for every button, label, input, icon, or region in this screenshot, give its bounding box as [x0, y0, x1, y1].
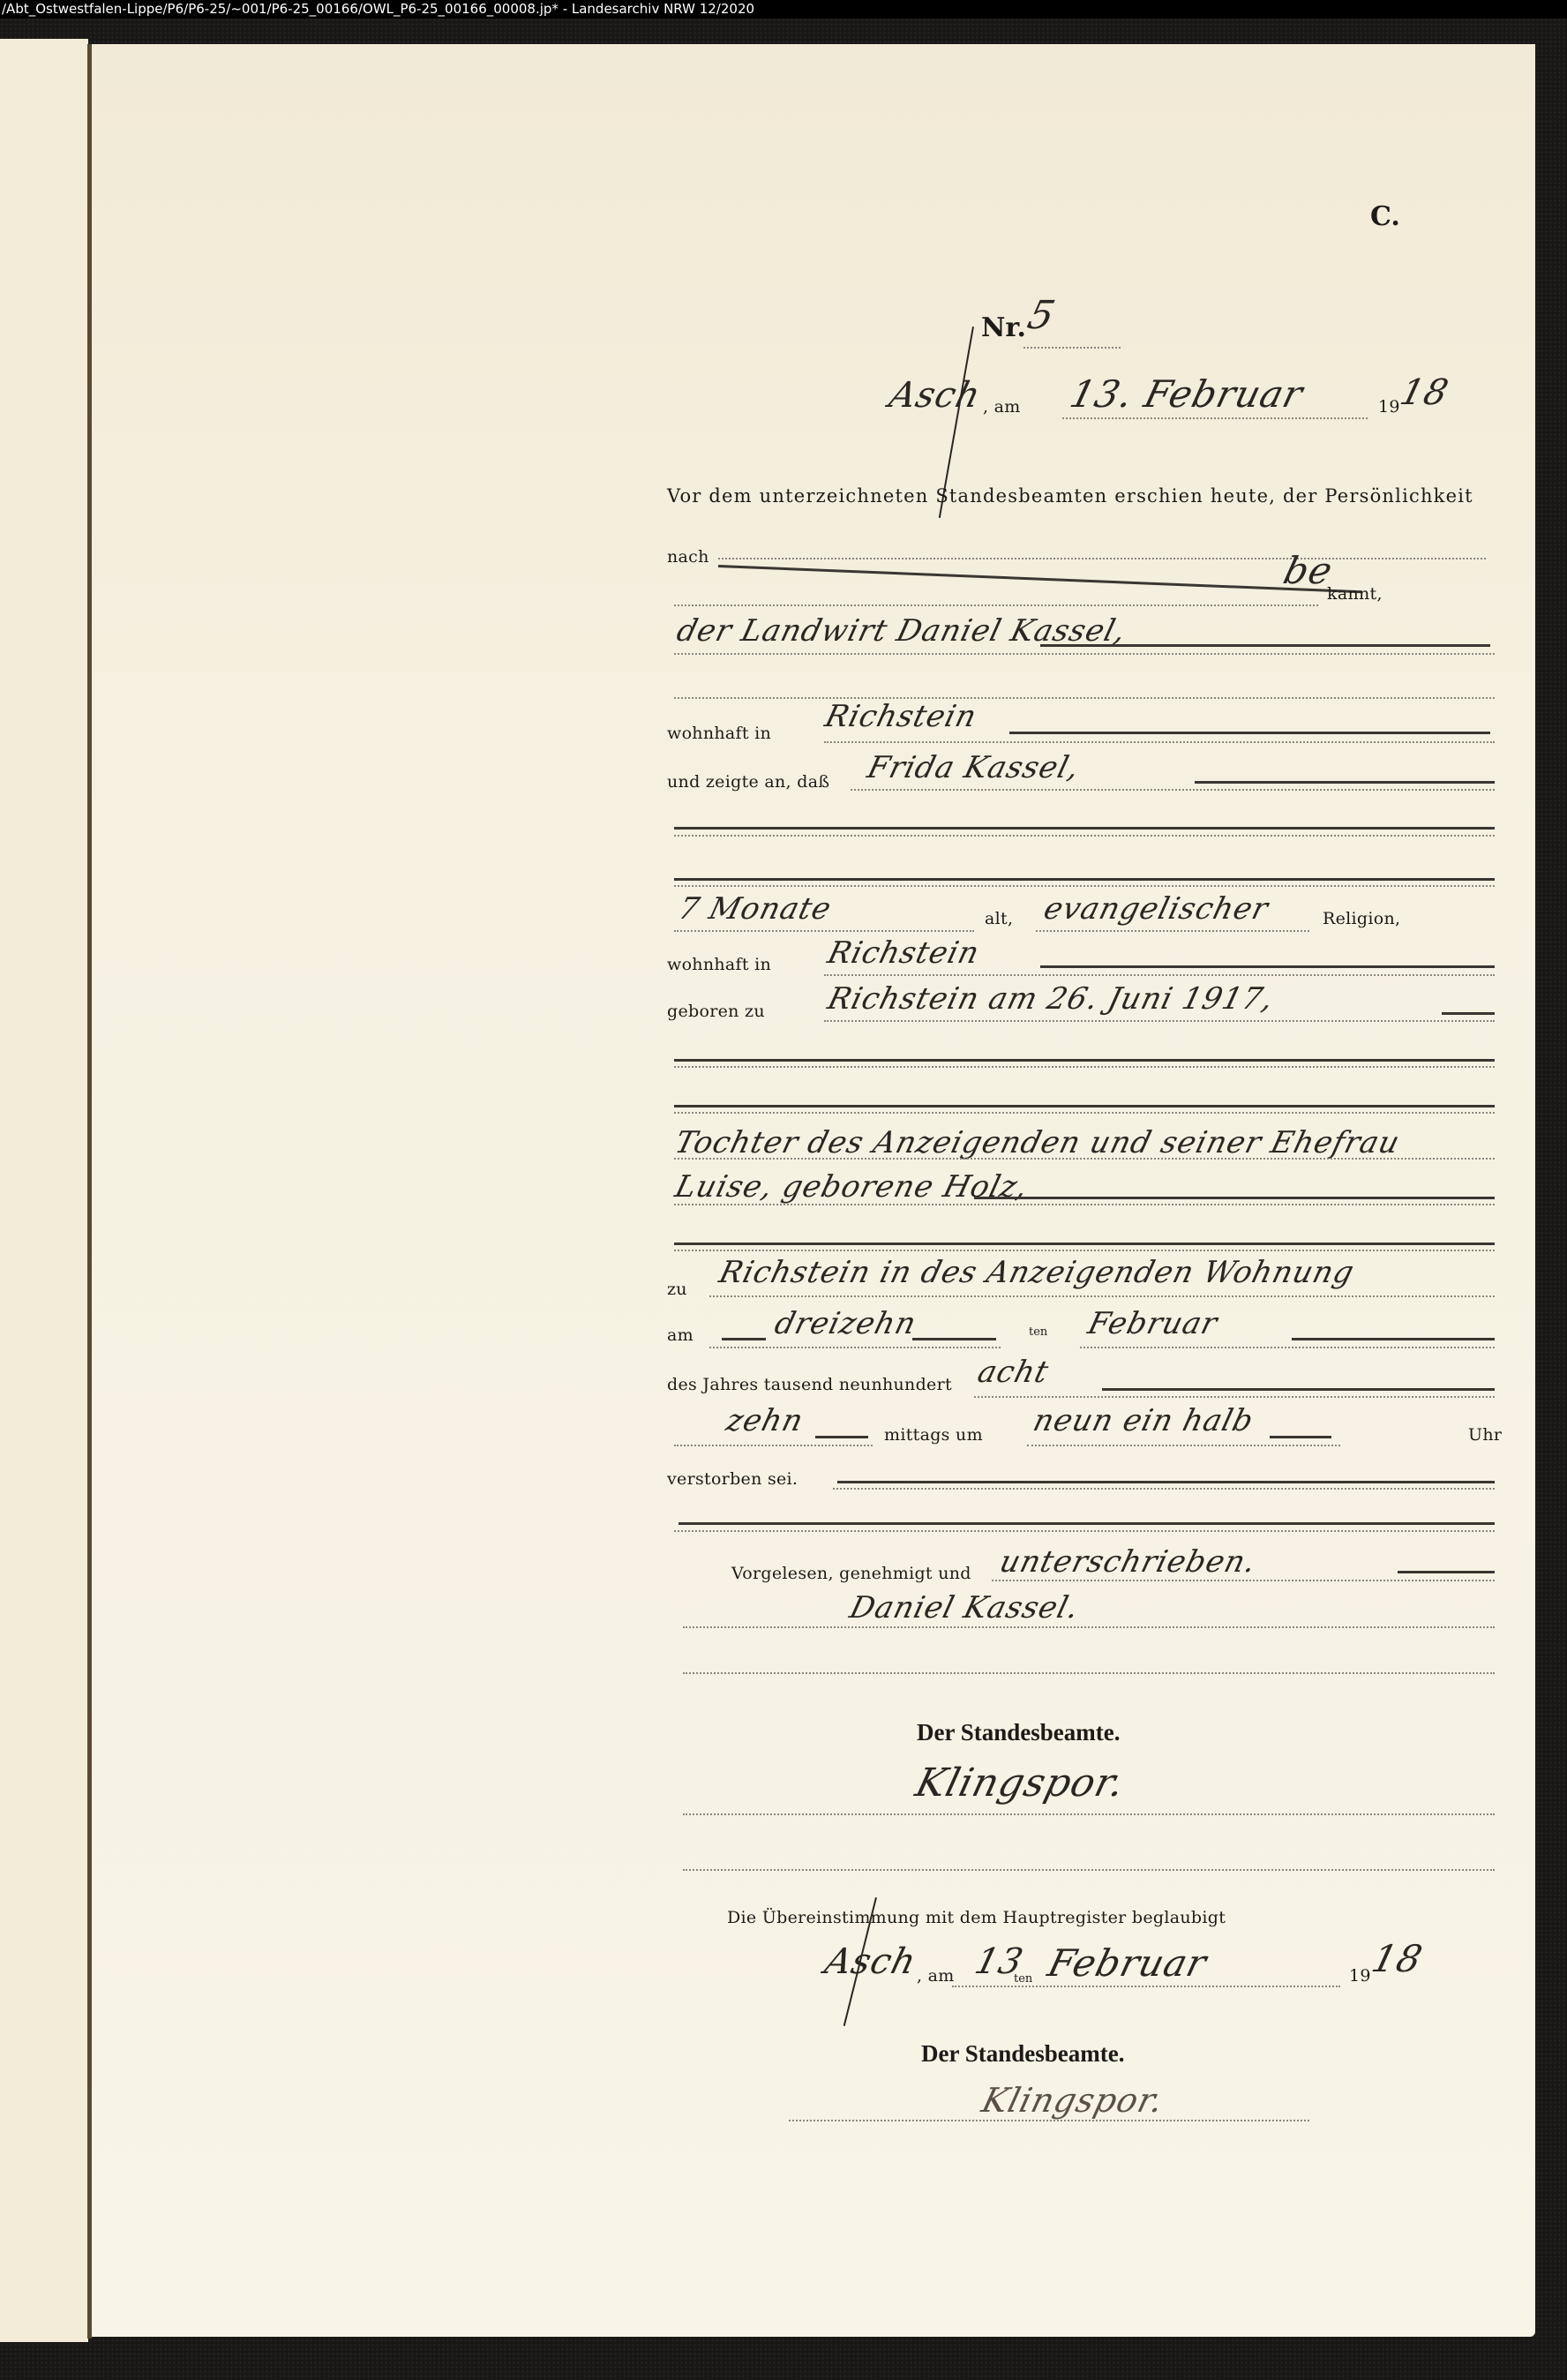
- filler-line: [674, 827, 1495, 830]
- verstorben-label: verstorben sei.: [667, 1469, 798, 1489]
- vorgelesen-label: Vorgelesen, genehmigt und: [731, 1564, 971, 1583]
- alt-label: alt,: [985, 909, 1013, 928]
- jahres-label: des Jahres tausend neunhundert: [667, 1375, 952, 1394]
- am-label-2: am: [667, 1325, 694, 1345]
- record-number: 5: [1023, 293, 1061, 338]
- age-handwritten: 7 Monate: [675, 891, 836, 927]
- filler-line: [837, 1481, 1495, 1483]
- rule: [824, 1020, 1495, 1022]
- filler-line: [722, 1338, 766, 1340]
- informant-handwritten: der Landwirt Daniel Kassel,: [673, 613, 1130, 649]
- rule: [674, 1066, 1495, 1068]
- month-handwritten: Februar: [1084, 1306, 1221, 1341]
- rule: [824, 741, 1495, 743]
- rule: [709, 1295, 1495, 1297]
- rule: [992, 1580, 1495, 1581]
- document-page: C. Nr. 5 Asch , am 13. Februar 19 18 Vor…: [92, 44, 1535, 2337]
- filler-line: [1398, 1571, 1495, 1573]
- filler-line: [815, 1436, 868, 1438]
- number-label: Nr.: [981, 312, 1026, 343]
- religion-label: Religion,: [1323, 909, 1400, 928]
- window-title-bar: /Abt_Ostwestfalen-Lippe/P6/P6-25/~001/P6…: [0, 0, 1567, 19]
- filler-line: [1270, 1436, 1331, 1438]
- cert-month-handwritten: Februar: [1044, 1941, 1211, 1985]
- rule: [674, 930, 974, 932]
- cert-place-handwritten: Asch: [821, 1941, 920, 1982]
- rule: [674, 653, 1495, 655]
- deceased-handwritten: Frida Kassel,: [864, 750, 1083, 785]
- rule: [683, 1626, 1495, 1628]
- informant-signature: Daniel Kassel.: [846, 1590, 1083, 1625]
- cert-year-handwritten: 18: [1368, 1937, 1428, 1980]
- rule: [851, 789, 1495, 791]
- birth-handwritten: Richstein am 26. Juni 1917,: [824, 981, 1278, 1017]
- rule: [683, 1869, 1495, 1871]
- strikeout-line: [718, 565, 1362, 593]
- vorgelesen-handwritten: unterschrieben.: [996, 1544, 1260, 1580]
- zeigte-label: und zeigte an, daß: [667, 772, 829, 792]
- rule: [674, 1204, 1495, 1205]
- registrar-signature: Klingspor.: [911, 1761, 1130, 1806]
- filler-line: [974, 1197, 1495, 1199]
- rule: [1062, 417, 1368, 419]
- nach-label: nach: [667, 547, 709, 567]
- rule: [974, 1396, 1495, 1398]
- rule: [789, 2120, 1309, 2121]
- geboren-label: geboren zu: [667, 1002, 765, 1021]
- filler-line: [1195, 781, 1495, 784]
- cert-ten-label: ten: [1014, 1972, 1032, 1986]
- residence-handwritten: Richstein: [821, 699, 980, 734]
- rule: [674, 1530, 1495, 1532]
- rule: [1027, 1445, 1340, 1446]
- religion-handwritten: evangelischer: [1040, 891, 1272, 927]
- parents-line-1-handwritten: Tochter des Anzeigenden und seiner Ehefr…: [671, 1125, 1404, 1160]
- ten-label: ten: [1029, 1325, 1047, 1339]
- zehn-handwritten: zehn: [723, 1403, 807, 1438]
- rule: [674, 1250, 1495, 1251]
- filler-line: [1040, 644, 1490, 647]
- registrar-signature-2: Klingspor.: [978, 2081, 1168, 2120]
- rule: [1080, 1347, 1495, 1348]
- window-title: /Abt_Ostwestfalen-Lippe/P6/P6-25/~001/P6…: [2, 1, 754, 17]
- form-letter: C.: [1370, 201, 1400, 232]
- cert-am-label: , am: [917, 1966, 955, 1986]
- rule: [683, 1672, 1495, 1674]
- filler-line: [674, 1243, 1495, 1245]
- rule: [674, 885, 1495, 887]
- rule: [952, 1986, 1340, 1987]
- rule: [674, 697, 1495, 699]
- filler-line: [1040, 965, 1495, 968]
- date-handwritten: 13. Februar: [1066, 372, 1308, 416]
- filler-line: [1009, 732, 1490, 734]
- rule: [709, 1347, 1001, 1348]
- filler-line: [674, 1059, 1495, 1062]
- rule: [674, 604, 1318, 606]
- rule: [674, 835, 1495, 837]
- intro-text: Vor dem unterzeichneten Standesbeamten e…: [667, 485, 1473, 507]
- certification-text: Die Übereinstimmung mit dem Hauptregiste…: [727, 1908, 1226, 1927]
- day-handwritten: dreizehn: [771, 1306, 920, 1341]
- parents-line-2-handwritten: Luise, geborene Holz,: [671, 1169, 1032, 1205]
- time-handwritten: neun ein halb: [1030, 1403, 1257, 1438]
- registrar-heading-2: Der Standesbeamte.: [921, 2040, 1124, 2068]
- rule: [674, 1445, 873, 1446]
- filler-line: [912, 1338, 996, 1340]
- rule: [1023, 347, 1121, 349]
- bekannt-suffix: kannt,: [1327, 584, 1383, 604]
- filler-line: [674, 1105, 1495, 1107]
- filler-line: [674, 878, 1495, 881]
- mittags-label: mittags um: [884, 1425, 983, 1445]
- rule: [1036, 930, 1309, 932]
- filler-line: [1102, 1388, 1495, 1391]
- rule: [824, 974, 1495, 976]
- filler-line: [1442, 1012, 1495, 1015]
- year-handwritten: 18: [1396, 372, 1452, 413]
- wohnhaft-label: wohnhaft in: [667, 724, 771, 743]
- zu-label: zu: [667, 1280, 687, 1299]
- filler-line: [679, 1522, 1495, 1525]
- wohnhaft2-label: wohnhaft in: [667, 955, 771, 974]
- year-words-handwritten: acht: [974, 1355, 1053, 1390]
- rule: [718, 558, 1486, 559]
- place-of-death-handwritten: Richstein in des Anzeigenden Wohnung: [716, 1255, 1358, 1290]
- uhr-label: Uhr: [1468, 1425, 1502, 1445]
- left-page-edge: [0, 39, 88, 2342]
- filler-line: [1292, 1338, 1495, 1340]
- rule: [683, 1813, 1495, 1815]
- am-label: , am: [983, 397, 1021, 417]
- residence2-handwritten: Richstein: [824, 935, 983, 971]
- registrar-heading: Der Standesbeamte.: [917, 1719, 1120, 1746]
- rule: [833, 1488, 1495, 1490]
- rule: [674, 1112, 1495, 1114]
- place-handwritten: Asch: [885, 375, 985, 416]
- rule: [674, 1158, 1495, 1160]
